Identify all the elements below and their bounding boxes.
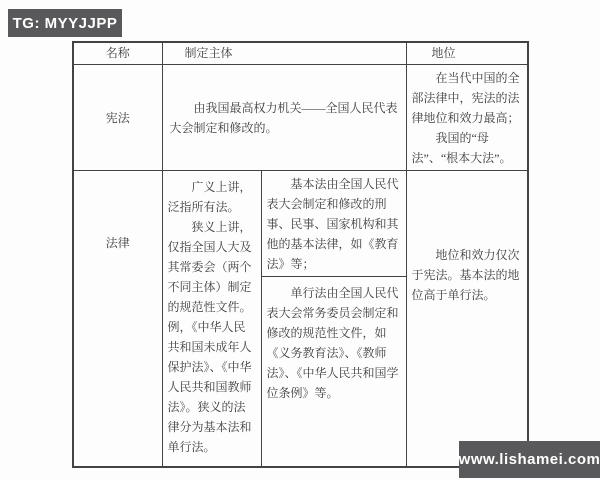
law-status-text: 地位和效力仅次于宪法。基本法的地位高于单行法。 [412,245,523,305]
law-basic-law-text: 基本法由全国人民代表大会制定和修改的刑事、民事、国家机构和其他的基本法律，如《教… [267,174,401,274]
law-definition-cell: 广义上讲，泛指所有法。 狭义上讲，仅指全国人大及其常委会（两个不同主体）制定的规… [162,171,261,467]
constitution-maker-cell: 由我国最高权力机关——全国人民代表大会制定和修改的。 [162,65,406,171]
constitution-status-text-2: 我国的“母法”、“根本大法”。 [412,128,523,168]
constitution-maker-text: 由我国最高权力机关——全国人民代表大会制定和修改的。 [170,98,399,138]
table-header-row: 名称 制定主体 地位 [73,42,528,65]
constitution-name-cell: 宪法 [73,65,162,171]
constitution-status-cell: 在当代中国的全部法律中，宪法的法律地位和效力最高； 我国的“母法”、“根本大法”… [406,65,528,171]
watermark-badge-top-left: TG: MYYJJPP [8,9,122,37]
header-status: 地位 [406,42,528,65]
constitution-status-text-1: 在当代中国的全部法律中，宪法的法律地位和效力最高； [412,68,523,128]
header-maker: 制定主体 [162,42,406,65]
document-page: TG: MYYJJPP 名称 制定主体 地位 宪法 由我国最高权力机关——全国人… [0,0,600,480]
law-name-cell: 法律 [73,171,162,467]
row-law-basic: 法律 广义上讲，泛指所有法。 狭义上讲，仅指全国人大及其常委会（两个不同主体）制… [73,171,528,277]
header-name: 名称 [73,42,162,65]
law-definition-text-1: 广义上讲，泛指所有法。 [168,177,256,217]
law-single-law-text: 单行法由全国人民代表大会常务委员会制定和修改的规范性文件，如《义务教育法》、《教… [267,283,401,403]
law-comparison-table: 名称 制定主体 地位 宪法 由我国最高权力机关——全国人民代表大会制定和修改的。… [72,41,529,468]
row-constitution: 宪法 由我国最高权力机关——全国人民代表大会制定和修改的。 在当代中国的全部法律… [73,65,528,171]
watermark-badge-bottom-right: www.lishamei.com [459,441,600,478]
law-status-cell: 地位和效力仅次于宪法。基本法的地位高于单行法。 [406,171,528,467]
law-definition-text-2: 狭义上讲，仅指全国人大及其常委会（两个不同主体）制定的规范性文件。例，《中华人民… [168,217,256,457]
law-basic-law-cell: 基本法由全国人民代表大会制定和修改的刑事、民事、国家机构和其他的基本法律，如《教… [261,171,406,277]
law-single-law-cell: 单行法由全国人民代表大会常务委员会制定和修改的规范性文件，如《义务教育法》、《教… [261,277,406,467]
